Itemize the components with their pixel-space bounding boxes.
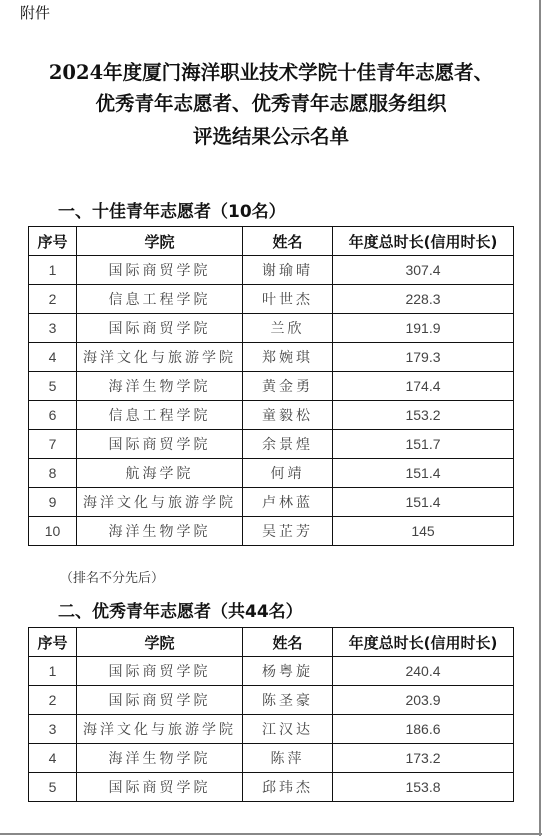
table-row: 3国际商贸学院兰欣191.9 bbox=[29, 314, 514, 343]
row-hours: 186.6 bbox=[333, 715, 514, 744]
document-title-line-1: 2024年度厦门海洋职业技术学院十佳青年志愿者、 bbox=[0, 58, 542, 88]
row-name: 卢林蓝 bbox=[243, 488, 333, 517]
row-no: 2 bbox=[29, 285, 77, 314]
section-heading-top-ten: 一、十佳青年志愿者（10名） bbox=[58, 197, 286, 222]
row-name: 江汉达 bbox=[243, 715, 333, 744]
row-name: 郑婉琪 bbox=[243, 343, 333, 372]
row-hours: 145 bbox=[333, 517, 514, 546]
row-name: 童毅松 bbox=[243, 401, 333, 430]
document-title-line-2: 优秀青年志愿者、优秀青年志愿服务组织 bbox=[0, 89, 542, 119]
attachment-label: 附件 bbox=[20, 2, 50, 23]
row-hours: 203.9 bbox=[333, 686, 514, 715]
table-row: 7国际商贸学院余景煌151.7 bbox=[29, 430, 514, 459]
row-no: 7 bbox=[29, 430, 77, 459]
row-college: 国际商贸学院 bbox=[77, 430, 243, 459]
table-header-row: 序号 学院 姓名 年度总时长(信用时长) bbox=[29, 628, 514, 657]
document-title-line-3: 评选结果公示名单 bbox=[0, 122, 542, 152]
table-row: 1国际商贸学院谢瑜晴307.4 bbox=[29, 256, 514, 285]
row-name: 兰欣 bbox=[243, 314, 333, 343]
row-college: 信息工程学院 bbox=[77, 285, 243, 314]
column-header-hours: 年度总时长(信用时长) bbox=[333, 628, 514, 657]
row-name: 余景煌 bbox=[243, 430, 333, 459]
row-no: 4 bbox=[29, 744, 77, 773]
row-name: 陈圣豪 bbox=[243, 686, 333, 715]
row-college: 国际商贸学院 bbox=[77, 256, 243, 285]
row-college: 海洋文化与旅游学院 bbox=[77, 343, 243, 372]
column-header-hours: 年度总时长(信用时长) bbox=[333, 227, 514, 256]
row-name: 何靖 bbox=[243, 459, 333, 488]
row-hours: 307.4 bbox=[333, 256, 514, 285]
row-college: 国际商贸学院 bbox=[77, 773, 243, 802]
row-no: 10 bbox=[29, 517, 77, 546]
row-college: 信息工程学院 bbox=[77, 401, 243, 430]
row-college: 海洋生物学院 bbox=[77, 517, 243, 546]
row-name: 谢瑜晴 bbox=[243, 256, 333, 285]
row-name: 吴芷芳 bbox=[243, 517, 333, 546]
row-no: 4 bbox=[29, 343, 77, 372]
section-heading-outstanding: 二、优秀青年志愿者（共44名） bbox=[58, 597, 303, 622]
row-name: 陈萍 bbox=[243, 744, 333, 773]
row-hours: 153.8 bbox=[333, 773, 514, 802]
table-row: 5国际商贸学院邱玮杰153.8 bbox=[29, 773, 514, 802]
table-row: 5海洋生物学院黄金勇174.4 bbox=[29, 372, 514, 401]
row-no: 3 bbox=[29, 715, 77, 744]
table-row: 3海洋文化与旅游学院江汉达186.6 bbox=[29, 715, 514, 744]
row-no: 2 bbox=[29, 686, 77, 715]
row-college: 海洋生物学院 bbox=[77, 372, 243, 401]
table-row: 9海洋文化与旅游学院卢林蓝151.4 bbox=[29, 488, 514, 517]
column-header-name: 姓名 bbox=[243, 628, 333, 657]
column-header-no: 序号 bbox=[29, 227, 77, 256]
row-hours: 174.4 bbox=[333, 372, 514, 401]
row-no: 5 bbox=[29, 372, 77, 401]
outstanding-volunteers-table: 序号 学院 姓名 年度总时长(信用时长) 1国际商贸学院杨粤旋240.4 2国际… bbox=[28, 627, 514, 802]
row-hours: 151.7 bbox=[333, 430, 514, 459]
table-row: 10海洋生物学院吴芷芳145 bbox=[29, 517, 514, 546]
row-no: 1 bbox=[29, 657, 77, 686]
row-hours: 173.2 bbox=[333, 744, 514, 773]
row-hours: 153.2 bbox=[333, 401, 514, 430]
row-no: 9 bbox=[29, 488, 77, 517]
row-no: 6 bbox=[29, 401, 77, 430]
row-college: 海洋文化与旅游学院 bbox=[77, 488, 243, 517]
row-college: 海洋生物学院 bbox=[77, 744, 243, 773]
table-row: 2国际商贸学院陈圣豪203.9 bbox=[29, 686, 514, 715]
table-row: 2信息工程学院叶世杰228.3 bbox=[29, 285, 514, 314]
column-header-no: 序号 bbox=[29, 628, 77, 657]
row-hours: 228.3 bbox=[333, 285, 514, 314]
column-header-college: 学院 bbox=[77, 628, 243, 657]
page-frame-bottom-edge bbox=[0, 833, 542, 835]
row-hours: 191.9 bbox=[333, 314, 514, 343]
row-name: 杨粤旋 bbox=[243, 657, 333, 686]
row-no: 5 bbox=[29, 773, 77, 802]
ranking-note: （排名不分先后） bbox=[60, 567, 164, 586]
row-name: 邱玮杰 bbox=[243, 773, 333, 802]
row-name: 叶世杰 bbox=[243, 285, 333, 314]
row-college: 海洋文化与旅游学院 bbox=[77, 715, 243, 744]
row-hours: 179.3 bbox=[333, 343, 514, 372]
row-no: 1 bbox=[29, 256, 77, 285]
row-hours: 151.4 bbox=[333, 459, 514, 488]
row-college: 国际商贸学院 bbox=[77, 314, 243, 343]
row-college: 国际商贸学院 bbox=[77, 686, 243, 715]
row-name: 黄金勇 bbox=[243, 372, 333, 401]
row-hours: 240.4 bbox=[333, 657, 514, 686]
row-college: 航海学院 bbox=[77, 459, 243, 488]
column-header-college: 学院 bbox=[77, 227, 243, 256]
table-row: 1国际商贸学院杨粤旋240.4 bbox=[29, 657, 514, 686]
row-no: 3 bbox=[29, 314, 77, 343]
column-header-name: 姓名 bbox=[243, 227, 333, 256]
table-row: 6信息工程学院童毅松153.2 bbox=[29, 401, 514, 430]
table-row: 8航海学院何靖151.4 bbox=[29, 459, 514, 488]
row-no: 8 bbox=[29, 459, 77, 488]
top-ten-volunteers-table: 序号 学院 姓名 年度总时长(信用时长) 1国际商贸学院谢瑜晴307.4 2信息… bbox=[28, 226, 514, 546]
table-header-row: 序号 学院 姓名 年度总时长(信用时长) bbox=[29, 227, 514, 256]
table-row: 4海洋文化与旅游学院郑婉琪179.3 bbox=[29, 343, 514, 372]
row-college: 国际商贸学院 bbox=[77, 657, 243, 686]
row-hours: 151.4 bbox=[333, 488, 514, 517]
table-row: 4海洋生物学院陈萍173.2 bbox=[29, 744, 514, 773]
